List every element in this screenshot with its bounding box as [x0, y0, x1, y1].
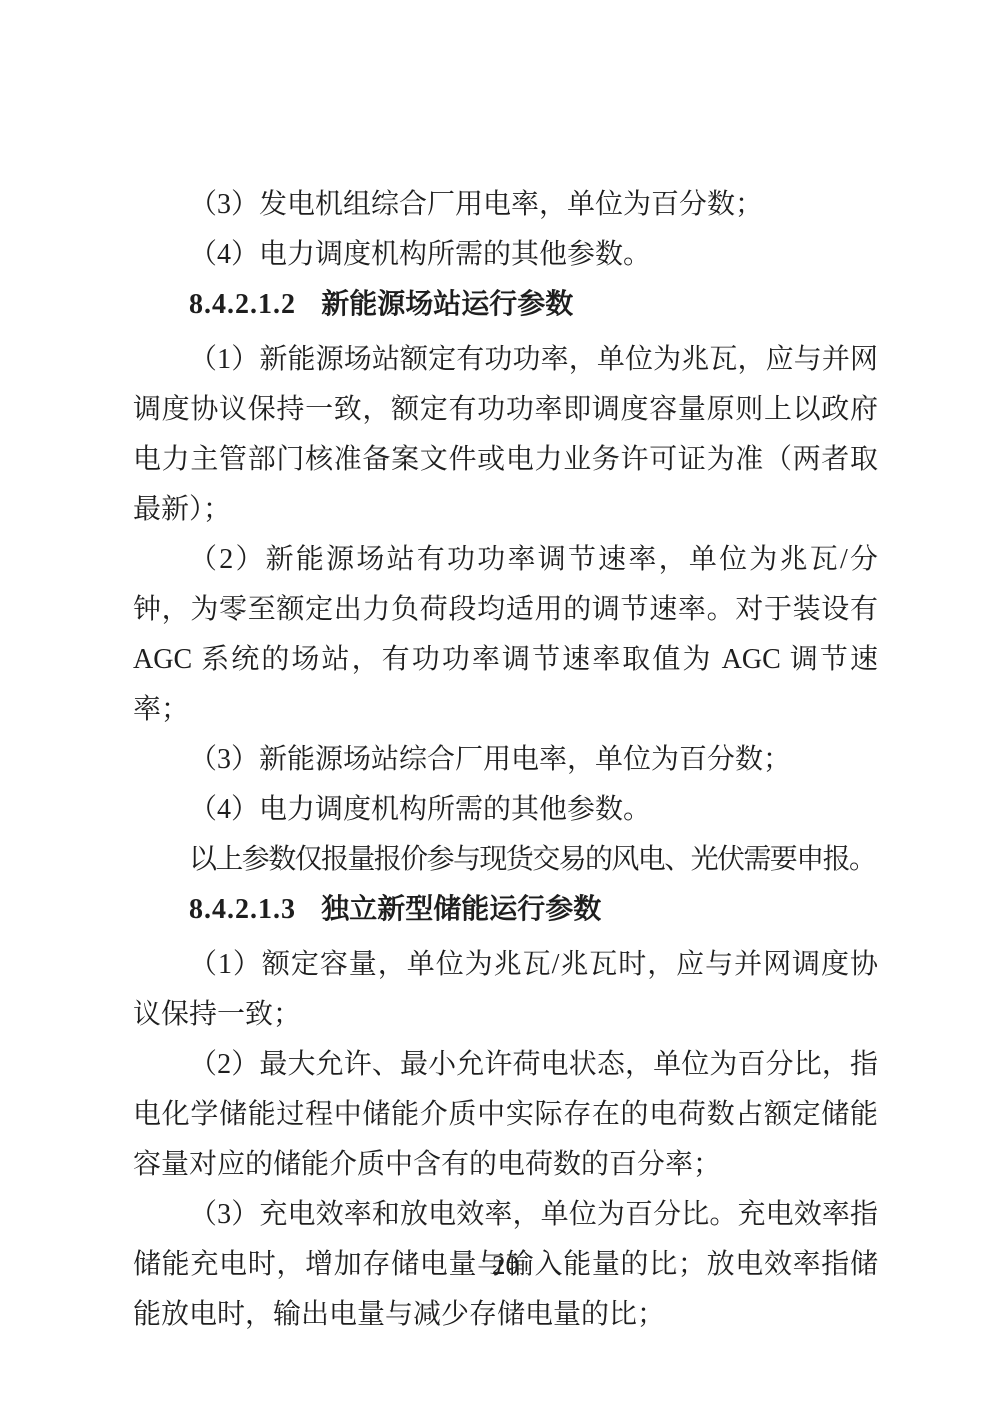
paragraph: （4）电力调度机构所需的其他参数。 — [133, 785, 878, 835]
paragraph: （3）新能源场站综合厂用电率，单位为百分数； — [133, 735, 878, 785]
page-number: 20 — [133, 1247, 878, 1283]
section-heading: 8.4.2.1.2新能源场站运行参数 — [133, 280, 878, 330]
section-number: 8.4.2.1.2 — [189, 289, 296, 320]
paragraph: （1）新能源场站额定有功功率，单位为兆瓦，应与并网调度协议保持一致，额定有功功率… — [133, 335, 878, 535]
section-number: 8.4.2.1.3 — [189, 894, 296, 925]
paragraph: 以上参数仅报量报价参与现货交易的风电、光伏需要申报。 — [133, 835, 878, 885]
paragraph: （4）电力调度机构所需的其他参数。 — [133, 230, 878, 280]
page-content: （3）发电机组综合厂用电率，单位为百分数； （4）电力调度机构所需的其他参数。 … — [133, 180, 878, 1340]
paragraph: （1）额定容量，单位为兆瓦/兆瓦时，应与并网调度协议保持一致； — [133, 940, 878, 1040]
section-title: 新能源场站运行参数 — [321, 289, 573, 320]
paragraph: （3）发电机组综合厂用电率，单位为百分数； — [133, 180, 878, 230]
document-page: （3）发电机组综合厂用电率，单位为百分数； （4）电力调度机构所需的其他参数。 … — [0, 0, 1000, 1414]
paragraph: （2）新能源场站有功功率调节速率，单位为兆瓦/分钟，为零至额定出力负荷段均适用的… — [133, 535, 878, 735]
section-heading: 8.4.2.1.3独立新型储能运行参数 — [133, 885, 878, 935]
paragraph: （2）最大允许、最小允许荷电状态，单位为百分比，指电化学储能过程中储能介质中实际… — [133, 1040, 878, 1190]
section-title: 独立新型储能运行参数 — [321, 894, 601, 925]
